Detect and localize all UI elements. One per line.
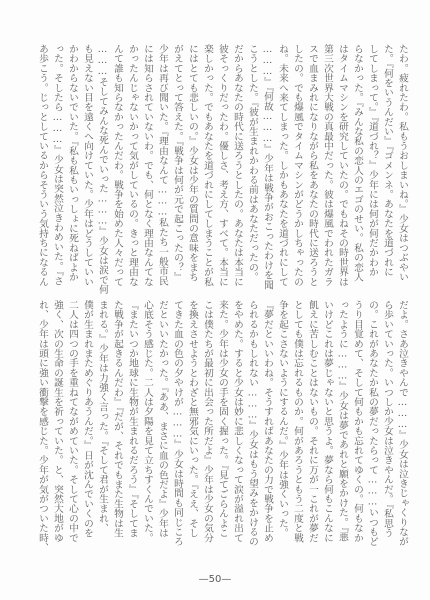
text-column: いけどこれは夢じゃないと思うよ。夢なら何もこんなに [320,300,335,568]
text-column: 二人は四つの手を重ねてながめていた。そして心の中で [65,300,80,568]
text-column: 心底そう感じた。二人は夕陽を見て立ちすくんでいた。 [140,300,155,568]
text-column: かわからないでいた。『私も私もいっしょに死ねばよか [65,44,80,296]
text-column: た戦争が起きるんだわ』『だが、それでもまた生物は生 [110,300,125,568]
text-column: てきた血の色の夕やけが………』少女は時間も同じころ [170,300,185,568]
text-column: スで血まみれになりながら私をあなたの時代に送ろうと [305,44,320,296]
text-column: たわ。疲れたわ。私もうおしまいね。』少女はつぶやい [395,44,410,296]
text-column: ね。未来へ来てしまった。しかもあなたを道づれにして [275,44,290,296]
upper-text-block: たわ。疲れたわ。私もうおしまいね。』少女はつぶやい た。『何をいうんだい』『ゴメ… [35,44,410,296]
text-column: 争を起こさないようにするんだ。』少年は強くいった。 [275,300,290,568]
text-column: 『夢だといいわね。そうすればあなたの力で戦争を止め [260,300,275,568]
text-column: た。『何をいうんだい』『ゴメンネ。あなたを道づれに [380,44,395,296]
text-column: 楽しかった。でもあなたを道づれにしてしまうことが私 [200,44,215,296]
text-column: こうとした。『彼が生まれかわる前はあなただったの。 [245,44,260,296]
text-column: も見えない目を遠くへ向けていた。少年はどうしていい [80,44,95,296]
text-column: 来た。少年は少女の手を固く握った。『見てごらんよこ [215,300,230,568]
scanned-page: たわ。疲れたわ。私もうおしまいね。』少女はつぶやい た。『何をいうんだい』『ゴメ… [0,0,430,600]
text-column: 強く、次の生命の誕生を祈っていた。と、突然大地がゆ [50,300,65,568]
text-column: はタイムマシンを研究していたの。でもねその時世界は [335,44,350,296]
text-column: 少年は再び聞いた。『理由なんて………私たち一般市民 [155,44,170,296]
text-column: を換えさせようとわざと無邪気にいった。『ええ、そし [185,300,200,568]
text-column: したの。でも爆風でタイムマシンがどうかしちゃったの [290,44,305,296]
text-column: った。そしたら………』少女は突然泣きわめいた。『さ [50,44,65,296]
text-column: まれる。』少年は力強く言った。『そして君が生まれ、 [95,300,110,568]
text-column: をやめた。すると少女は妙に悲しくなって涙が溢れ出て [230,300,245,568]
text-column: 『またいつか地球に生物が生まれるだろう』『そしてま [125,300,140,568]
text-column: 彼そっくりだったわ。優しさ、考え方、すべて。本当に [215,44,230,296]
text-column: こは僕たちが最初に出会った所だよ』少年は少女の気分 [200,300,215,568]
text-column: してしまって。』『道づれ？』少年には何が何だかわか [365,44,380,296]
text-column: だよ。さあ泣きやんで………』少女は泣きじゃくりなが [395,300,410,568]
text-column: かったんじゃないかって気がしているの。きっと理由な [125,44,140,296]
text-column: だといいたかった。『ああ、まさに血の色だよ』少年は [155,300,170,568]
text-column: らなかった。『みんな私の恋人のエゴのせい。私の恋人 [350,44,365,296]
text-column: としても僕は忘れるものか。何があろうともう二度と戦 [290,300,305,568]
lower-text-block: だよ。さあ泣きやんで………』少女は泣きじゃくりなが ら歩いていった。いつしか少女… [35,300,410,568]
page-number: —50— [0,574,430,585]
text-column: ったように………』少女は夢であれと願をかけた。『悪 [335,300,350,568]
text-column: あ歩こう。じっとしているからそういう気持ちになるん [35,44,50,296]
text-column: 第三次世界大戦の真最中だった。彼は爆風でわれたガラ [320,44,335,296]
text-column: ………』『何故………』少年は戦争がおこったわけを聞 [260,44,275,296]
text-column: にはとても悲しいの。』少女は少年の質問の意味をまち [185,44,200,296]
text-column: んて誰も知らなかったんだわ。戦争を始めた人々だって [110,44,125,296]
text-column: ら歩いていった。いつしか少女は泣きやんだ。『私思う [380,300,395,568]
text-column: の。これがあなたか私の夢だったらって………いつもど [365,300,380,568]
text-column: がえてとって答えた。『戦争は何が元で起こったの？』 [170,44,185,296]
text-column: だからあなたの時代に送ろうとしたの。あなたは本当に [230,44,245,296]
text-column: 僕が生まれまためぐりあうんだ。』日が沈んでいくのを [80,300,95,568]
text-column: ………そしてみんな死んでいった………』少女は涙で何 [95,44,110,296]
text-column: られるかもしれない………』少女はもう望みをかけるの [245,300,260,568]
text-column: には知らされていないわ。でも、何となく理由なんてな [140,44,155,296]
text-column: うり目覚めて、そして何もかも忘れてゆくの。何もなか [350,300,365,568]
text-column: 飢えに苦しむことはないもの。それに万が一これが夢だ [305,300,320,568]
text-column: れ、少年は頭に強い衝撃を感じた。少年が気がついた時、 [35,300,50,568]
